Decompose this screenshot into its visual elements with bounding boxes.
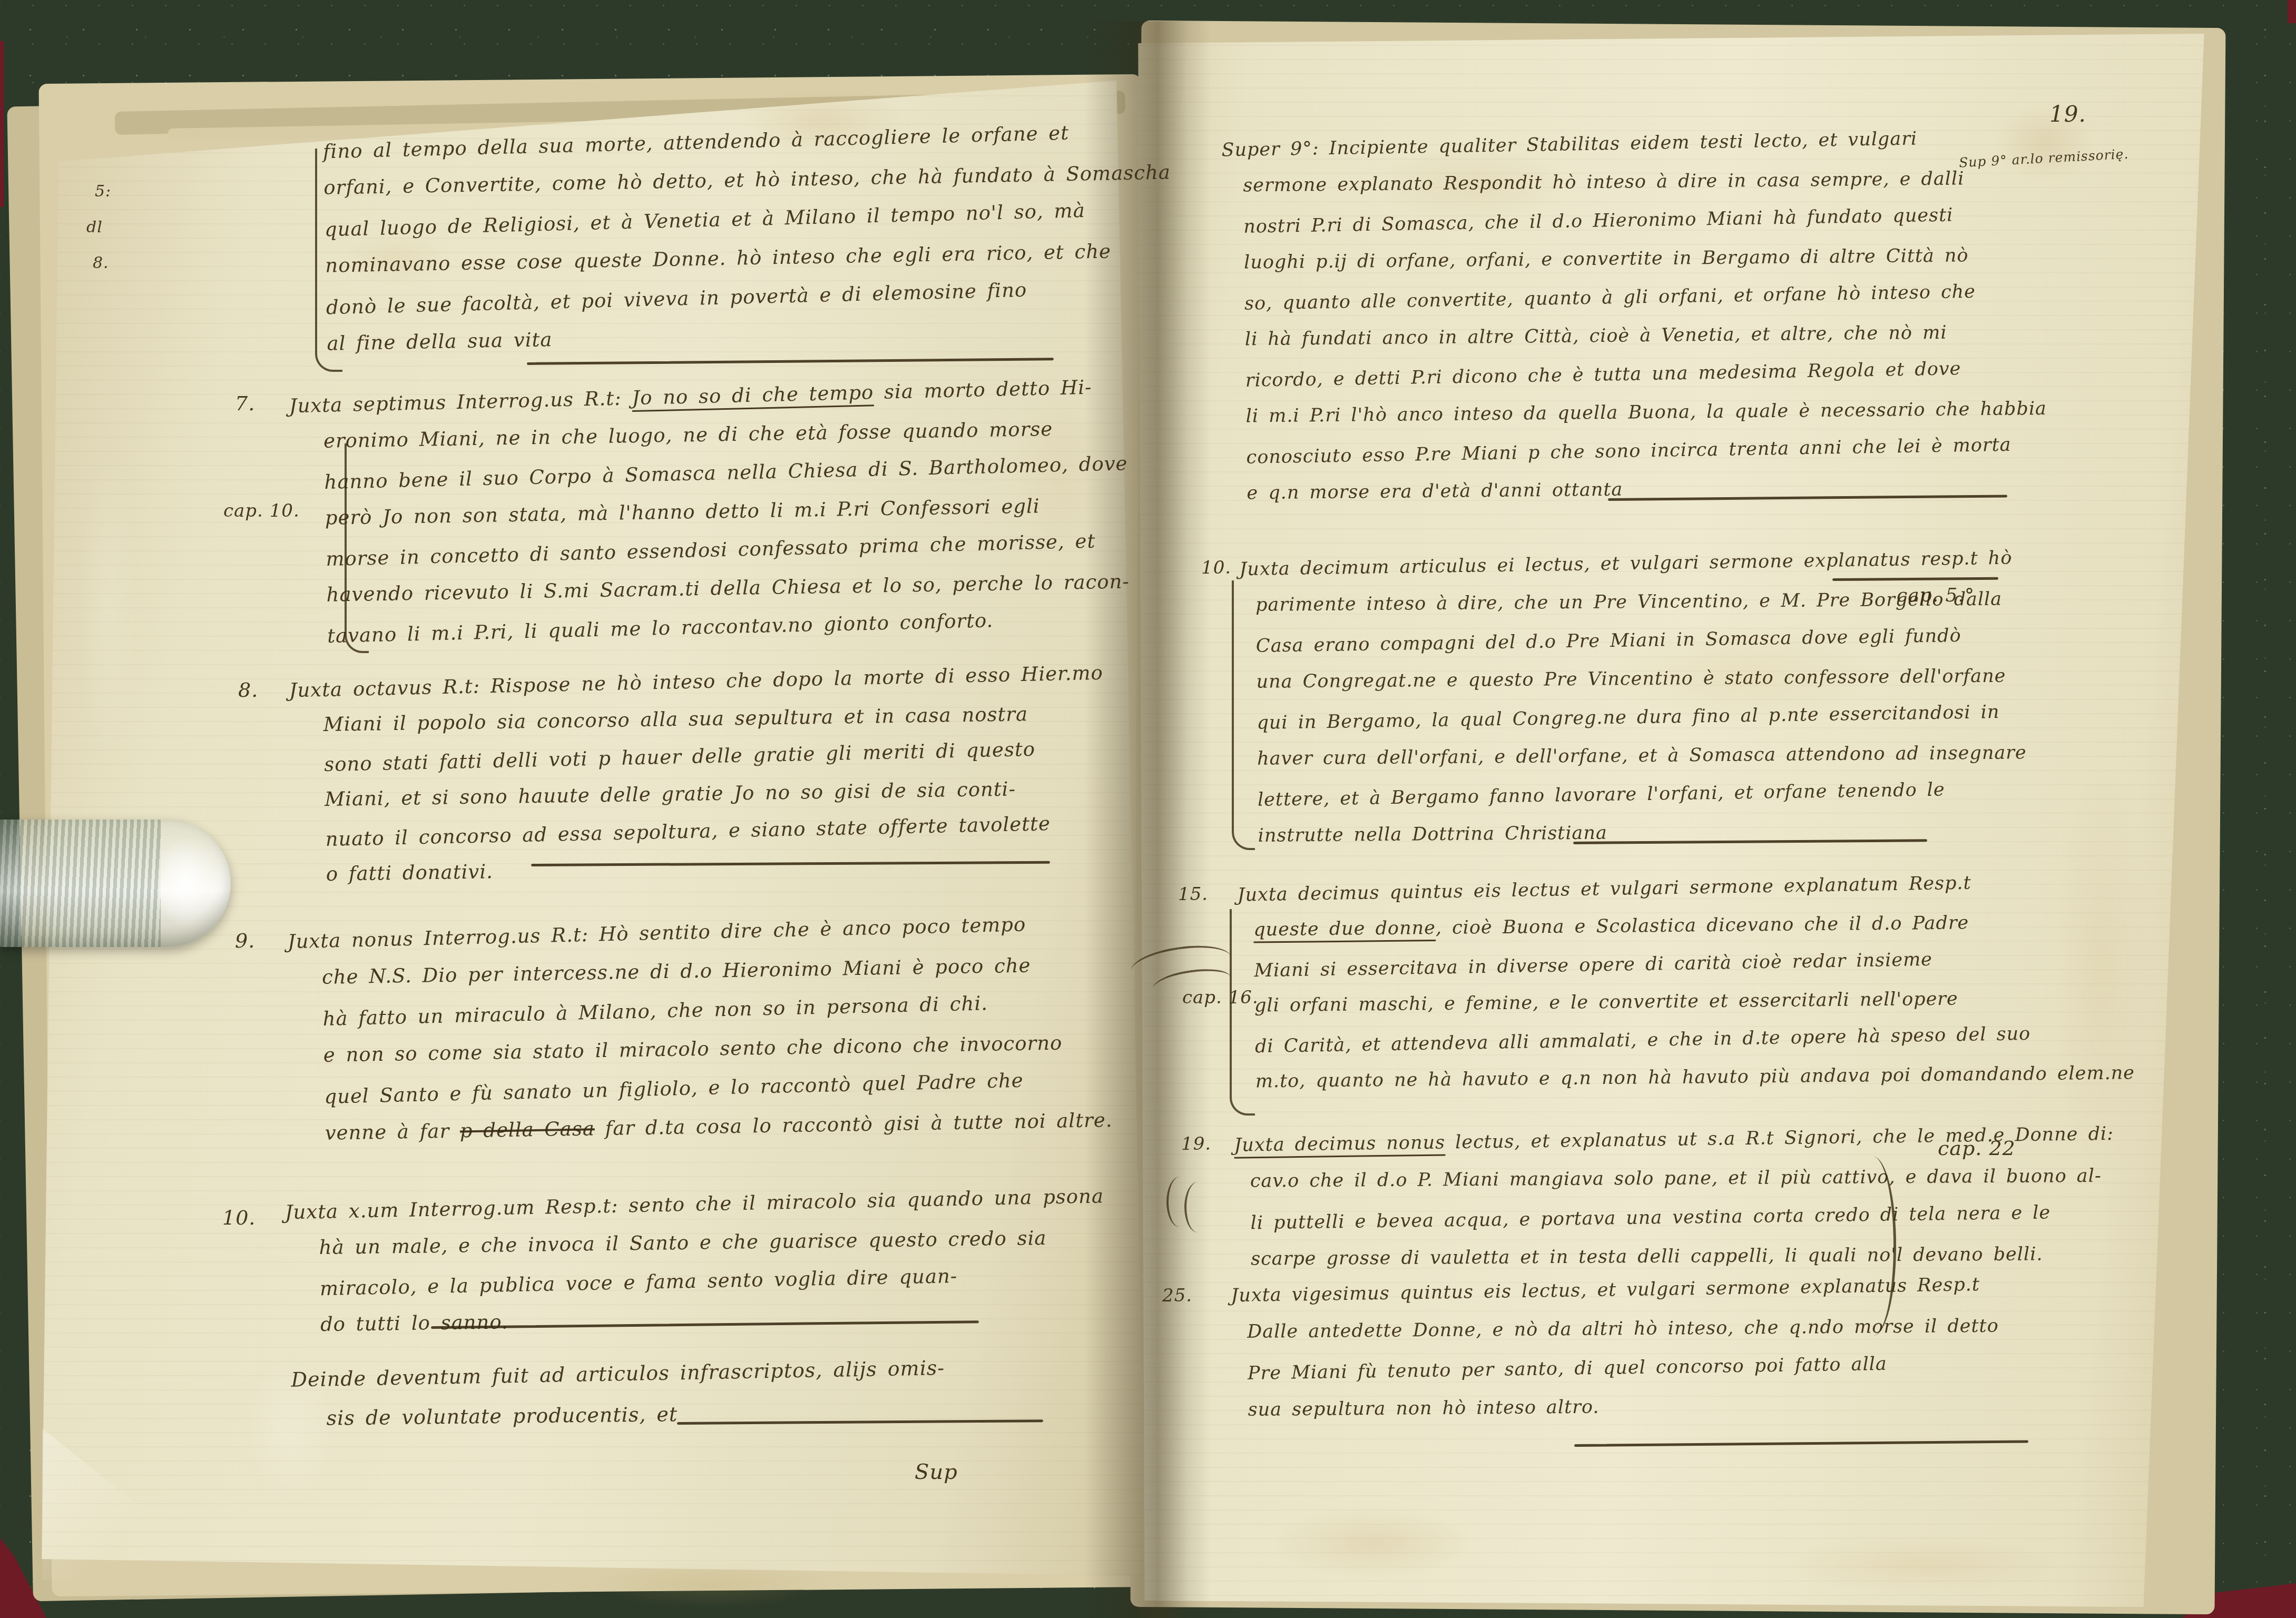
- text-line: e q.n morse era d'età d'anni ottanta: [1247, 467, 2048, 513]
- catchword: Sup: [915, 1460, 958, 1484]
- manuscript-photo: fino al tempo della sua morte, attendend…: [0, 0, 2296, 1618]
- item-number: 7.: [235, 392, 255, 415]
- ink-bracket: [1232, 580, 1255, 850]
- ink-bracket: [345, 443, 369, 653]
- item-number: 25.: [1162, 1285, 1192, 1306]
- text-segment: Juxta septimus Interrog.us R.t:: [289, 387, 632, 417]
- text-line: sua sepultura non hò inteso altro.: [1248, 1385, 1999, 1429]
- glass-weight-striations: [0, 820, 161, 947]
- text-block: Juxta x.um Interrog.um Resp.t: sento che…: [284, 1179, 1106, 1345]
- underlined-text: queste due donne: [1253, 917, 1436, 940]
- spine-fragment: dl: [86, 218, 103, 236]
- item-number: 8.: [238, 678, 258, 702]
- ink-bracket: [315, 149, 342, 372]
- spine-fragment: 5:: [95, 182, 111, 201]
- glass-page-weight: [0, 820, 231, 947]
- item-number: 10.: [222, 1206, 256, 1229]
- underlined-text: Jo no so di che tempo: [632, 381, 874, 409]
- underlined-text: Juxta decimus nonus: [1234, 1132, 1445, 1156]
- spine-fragment: 8.: [93, 254, 109, 272]
- item-number: 15.: [1178, 884, 1208, 905]
- glass-weight-highlight: [145, 824, 227, 942]
- text-block: Juxta decimus quintus eis lectus et vulg…: [1237, 863, 2135, 1102]
- text-block: Deinde deventum fuit ad articulos infras…: [291, 1349, 946, 1440]
- ink-bracket: [1230, 909, 1255, 1116]
- struck-text: p della Casa: [460, 1117, 595, 1142]
- chapter-marginal: cap. 22: [1938, 1137, 2016, 1160]
- text-segment: , cioè Buona e Scolastica dicevano che i…: [1436, 912, 1969, 939]
- ink-opening-mark: [1184, 1182, 1209, 1232]
- text-block: Juxta nonus Interrog.us R.t: Hò sentito …: [287, 905, 1113, 1155]
- item-number: 10.: [1201, 557, 1231, 578]
- text-line: instrutte nella Dottrina Christiana: [1258, 811, 2027, 855]
- chapter-marginal: cap. 5.°: [1897, 585, 1975, 606]
- item-number: 19.: [1181, 1133, 1211, 1155]
- item-number: 9.: [235, 929, 255, 952]
- text-segment: sia morto detto Hi-: [874, 376, 1092, 404]
- text-block: fino al tempo della sua morte, attendend…: [322, 113, 1174, 364]
- red-binding-corner: [2288, 0, 2296, 23]
- chapter-marginal: cap. 10.: [223, 500, 300, 521]
- text-segment: venne à far: [325, 1119, 460, 1144]
- red-binding-corner: [0, 41, 4, 207]
- text-block: Super 9°: Incipiente qualiter Stabilitas…: [1221, 120, 2048, 514]
- text-block: Juxta septimus Interrog.us R.t: Jo no so…: [289, 369, 1131, 654]
- text-segment: far d.ta cosa lo raccontò gisi à tutte n…: [594, 1109, 1112, 1140]
- page-number: 19.: [2049, 101, 2086, 127]
- text-block: Juxta octavus R.t: Rispose ne hò inteso …: [289, 656, 1107, 894]
- text-line: sis de voluntate producentis, et: [326, 1390, 946, 1438]
